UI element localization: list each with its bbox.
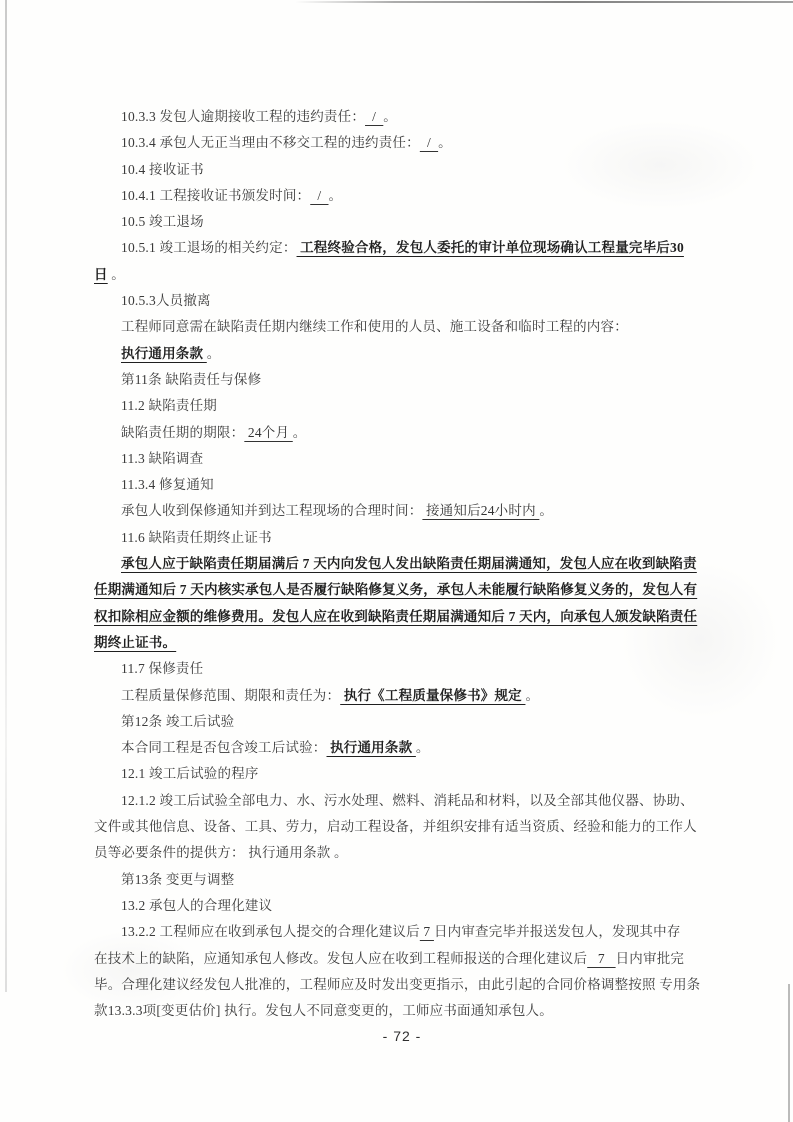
text-run: 。 — [525, 688, 539, 703]
document-line: 第12条 竣工后试验 — [94, 709, 710, 735]
text-run: 员等必要条件的提供方： 执行通用条款 。 — [94, 845, 348, 860]
document-line: 缺陷责任期的期限： 24个月 。 — [94, 420, 710, 446]
document-line: 承包人应于缺陷责任期届满后 7 天内向发包人发出缺陷责任期届满通知，发包人应在收… — [94, 551, 710, 577]
text-run: 工程师同意需在缺陷责任期内继续工作和使用的人员、施工设备和临时工程的内容： — [121, 319, 628, 334]
fill-in-value: 承包人应于缺陷责任期届满后 7 天内向发包人发出缺陷责任期届满通知，发包人应在收… — [121, 556, 697, 571]
fill-in-value: 执行《工程质量保修书》规定 — [340, 688, 525, 703]
text-run: 。 — [329, 188, 343, 203]
fill-in-value: 权扣除相应金额的维修费用。发包人应在收到缺陷责任期届满通知后 7 天内，向承包人… — [94, 609, 697, 624]
document-line: 执行通用条款 。 — [94, 341, 710, 367]
document-line: 11.2 缺陷责任期 — [94, 393, 710, 419]
text-run: 。 — [539, 503, 553, 518]
document-line: 工程质量保修范围、期限和责任为： 执行《工程质量保修书》规定 。 — [94, 683, 710, 709]
document-line: 文件或其他信息、设备、工具、劳力，启动工程设备，并组织安排有适当资质、经验和能力… — [94, 814, 710, 840]
text-run: 10.3.3 发包人逾期接收工程的违约责任： — [121, 109, 365, 124]
fill-in-value: 7 — [420, 924, 434, 939]
text-run: 11.6 缺陷责任期终止证书 — [121, 530, 272, 545]
document-line: 第11条 缺陷责任与保修 — [94, 367, 710, 393]
text-run: 10.4 接收证书 — [121, 162, 204, 177]
scanned-document-page: 10.3.3 发包人逾期接收工程的违约责任： / 。10.3.4 承包人无正当理… — [0, 0, 793, 1122]
document-line: 第13条 变更与调整 — [94, 867, 710, 893]
document-line: 11.3 缺陷调查 — [94, 446, 710, 472]
text-run: 12.1.2 竣工后试验全部电力、水、污水处理、燃料、消耗品和材料，以及全部其他… — [121, 793, 694, 808]
fill-in-value: 期终止证书。 — [94, 635, 176, 650]
text-run: 。 — [207, 346, 221, 361]
text-run: 缺陷责任期的期限： — [121, 425, 244, 440]
text-run: 。 — [438, 135, 452, 150]
text-run: 。 — [108, 267, 125, 282]
text-run: 工程质量保修范围、期限和责任为： — [121, 688, 340, 703]
document-line: 10.4.1 工程接收证书颁发时间： / 。 — [94, 183, 710, 209]
document-line: 11.3.4 修复通知 — [94, 472, 710, 498]
document-body: 10.3.3 发包人逾期接收工程的违约责任： / 。10.3.4 承包人无正当理… — [94, 104, 710, 1024]
fill-in-value: 接通知后24小时内 — [422, 503, 539, 518]
document-line: 11.7 保修责任 — [94, 656, 710, 682]
document-line: 12.1 竣工后试验的程序 — [94, 761, 710, 787]
text-run: 10.5.1 竣工退场的相关约定： — [121, 240, 297, 255]
text-run: 10.5.3人员撤离 — [121, 293, 211, 308]
scan-edge-right — [788, 984, 790, 1122]
document-line: 承包人收到保修通知并到达工程现场的合理时间： 接通知后24小时内 。 — [94, 498, 710, 524]
text-run: 毕。合理化建议经发包人批准的，工程师应及时发出变更指示，由此引起的合同价格调整按… — [94, 977, 700, 992]
fill-in-value: 执行通用条款 — [121, 346, 207, 361]
document-line: 工程师同意需在缺陷责任期内继续工作和使用的人员、施工设备和临时工程的内容： — [94, 314, 710, 340]
text-run: 第11条 缺陷责任与保修 — [121, 372, 261, 387]
document-line: 13.2 承包人的合理化建议 — [94, 893, 710, 919]
text-run: 第13条 变更与调整 — [121, 872, 234, 887]
document-line: 款13.3.3项[变更估价] 执行。发包人不同意变更的，工师应书面通知承包人。 — [94, 998, 710, 1024]
document-line: 10.5.1 竣工退场的相关约定： 工程终验合格，发包人委托的审计单位现场确认工… — [94, 235, 710, 261]
document-line: 10.3.4 承包人无正当理由不移交工程的违约责任： / 。 — [94, 130, 710, 156]
fill-in-value: 24个月 — [244, 425, 292, 440]
document-line: 10.3.3 发包人逾期接收工程的违约责任： / 。 — [94, 104, 710, 130]
fill-in-value: / — [310, 188, 328, 203]
text-run: 10.4.1 工程接收证书颁发时间： — [121, 188, 310, 203]
document-line: 期终止证书。 — [94, 630, 710, 656]
text-run: 10.5 竣工退场 — [121, 214, 204, 229]
text-run: 文件或其他信息、设备、工具、劳力，启动工程设备，并组织安排有适当资质、经验和能力… — [94, 819, 697, 834]
document-line: 10.5.3人员撤离 — [94, 288, 710, 314]
fill-in-value: 执行通用条款 — [327, 740, 416, 755]
scan-edge-top — [295, 1, 793, 3]
text-run: 。 — [293, 425, 307, 440]
text-run: 11.2 缺陷责任期 — [121, 398, 217, 413]
text-run: 本合同工程是否包含竣工后试验： — [121, 740, 327, 755]
fill-in-value: 日 — [94, 267, 108, 282]
fill-in-value: 工程终验合格，发包人委托的审计单位现场确认工程量完毕后30 — [297, 240, 684, 255]
text-run: 承包人收到保修通知并到达工程现场的合理时间： — [121, 503, 422, 518]
fill-in-value: / — [420, 135, 438, 150]
document-line: 毕。合理化建议经发包人批准的，工程师应及时发出变更指示，由此引起的合同价格调整按… — [94, 972, 710, 998]
document-line: 任期满通知后 7 天内核实承包人是否履行缺陷修复义务，承包人未能履行缺陷修复义务… — [94, 577, 710, 603]
document-line: 11.6 缺陷责任期终止证书 — [94, 525, 710, 551]
fill-in-value: / — [365, 109, 383, 124]
fill-in-value: 任期满通知后 7 天内核实承包人是否履行缺陷修复义务，承包人未能履行缺陷修复义务… — [94, 582, 697, 597]
document-line: 13.2.2 工程师应在收到承包人提交的合理化建议后 7 日内审查完毕并报送发包… — [94, 919, 710, 945]
document-line: 10.5 竣工退场 — [94, 209, 710, 235]
text-run: 。 — [383, 109, 397, 124]
fill-in-value: 7 — [587, 951, 615, 966]
text-run: 10.3.4 承包人无正当理由不移交工程的违约责任： — [121, 135, 420, 150]
document-line: 本合同工程是否包含竣工后试验： 执行通用条款 。 — [94, 735, 710, 761]
document-line: 在技术上的缺陷，应通知承包人修改。发包人应在收到工程师报送的合理化建议后 7 日… — [94, 946, 710, 972]
document-line: 10.4 接收证书 — [94, 157, 710, 183]
text-run: 13.2.2 工程师应在收到承包人提交的合理化建议后 — [121, 924, 420, 939]
text-run: 款13.3.3项[变更估价] 执行。发包人不同意变更的，工师应书面通知承包人。 — [94, 1003, 553, 1018]
document-line: 员等必要条件的提供方： 执行通用条款 。 — [94, 840, 710, 866]
document-line: 日 。 — [94, 262, 710, 288]
text-run: 日内审查完毕并报送发包人，发现其中存 — [434, 924, 681, 939]
text-run: 第12条 竣工后试验 — [121, 714, 234, 729]
text-run: 13.2 承包人的合理化建议 — [121, 898, 272, 913]
text-run: 在技术上的缺陷，应通知承包人修改。发包人应在收到工程师报送的合理化建议后 — [94, 951, 587, 966]
text-run: 。 — [416, 740, 430, 755]
text-run: 12.1 竣工后试验的程序 — [121, 766, 259, 781]
text-run: 日内审批完 — [616, 951, 685, 966]
document-line: 12.1.2 竣工后试验全部电力、水、污水处理、燃料、消耗品和材料，以及全部其他… — [94, 788, 710, 814]
text-run: 11.7 保修责任 — [121, 661, 203, 676]
text-run: 11.3 缺陷调查 — [121, 451, 203, 466]
scan-edge-left — [5, 0, 7, 992]
page-number: - 72 - — [94, 1028, 710, 1044]
document-line: 权扣除相应金额的维修费用。发包人应在收到缺陷责任期届满通知后 7 天内，向承包人… — [94, 604, 710, 630]
text-run: 11.3.4 修复通知 — [121, 477, 214, 492]
